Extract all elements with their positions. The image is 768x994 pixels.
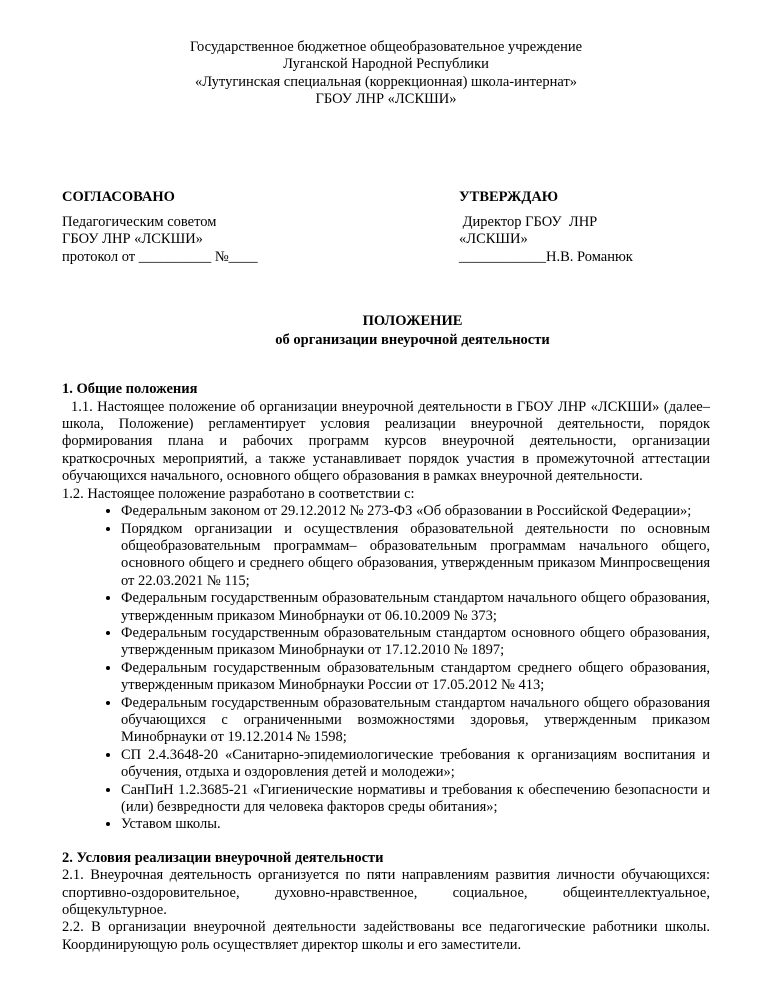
document-title: ПОЛОЖЕНИЕ об организации внеурочной деят…: [115, 312, 710, 350]
agreed-body-line: Педагогическим советом: [62, 214, 258, 231]
list-item: Порядком организации и осуществления обр…: [121, 521, 710, 591]
header-school-name: «Лутугинская специальная (коррекционная)…: [62, 74, 710, 91]
approval-block: СОГЛАСОВАНО Педагогическим советом ГБОУ …: [62, 189, 710, 267]
paragraph-1-2: 1.2. Настоящее положение разработано в с…: [62, 486, 710, 503]
paragraph-2-1: 2.1. Внеурочная деятельность организуетс…: [62, 867, 710, 919]
legal-basis-list: Федеральным законом от 29.12.2012 № 273-…: [62, 503, 710, 834]
approved-director-line: Директор ГБОУ ЛНР: [459, 214, 710, 231]
list-item: Федеральным государственным образователь…: [121, 590, 710, 625]
approval-agreed-column: СОГЛАСОВАНО Педагогическим советом ГБОУ …: [62, 189, 258, 267]
paragraph-2-2: 2.2. В организации внеурочной деятельнос…: [62, 919, 710, 954]
list-item: Федеральным государственным образователь…: [121, 695, 710, 747]
section-2-heading: 2. Условия реализации внеурочной деятель…: [62, 850, 710, 867]
list-item: Федеральным государственным образователь…: [121, 625, 710, 660]
agreed-body-line: ГБОУ ЛНР «ЛСКШИ»: [62, 231, 258, 248]
section-implementation-conditions: 2. Условия реализации внеурочной деятель…: [62, 850, 710, 954]
document-title-main: ПОЛОЖЕНИЕ: [115, 312, 710, 331]
agreed-protocol-line: протокол от __________ №____: [62, 249, 258, 266]
list-item: Уставом школы.: [121, 816, 710, 833]
header-institution-type: Государственное бюджетное общеобразовате…: [62, 39, 710, 56]
approved-signature-line: ____________Н.В. Романюк: [459, 249, 710, 266]
list-item: Федеральным законом от 29.12.2012 № 273-…: [121, 503, 710, 520]
document-title-sub: об организации внеурочной деятельности: [115, 331, 710, 350]
document-page: Государственное бюджетное общеобразовате…: [0, 0, 768, 994]
approved-title: УТВЕРЖДАЮ: [459, 189, 710, 206]
approval-approved-column: УТВЕРЖДАЮ Директор ГБОУ ЛНР «ЛСКШИ» ____…: [459, 189, 710, 267]
approved-school-line: «ЛСКШИ»: [459, 231, 710, 248]
header-republic: Луганской Народной Республики: [62, 56, 710, 73]
list-item: СП 2.4.3648-20 «Санитарно-эпидемиологиче…: [121, 747, 710, 782]
header-school-abbr: ГБОУ ЛНР «ЛСКШИ»: [62, 91, 710, 108]
section-1-heading: 1. Общие положения: [62, 381, 710, 398]
paragraph-1-1: 1.1. Настоящее положение об организации …: [62, 399, 710, 486]
section-general-provisions: 1. Общие положения 1.1. Настоящее положе…: [62, 381, 710, 834]
agreed-title: СОГЛАСОВАНО: [62, 189, 258, 206]
list-item: Федеральным государственным образователь…: [121, 660, 710, 695]
list-item: СанПиН 1.2.3685-21 «Гигиенические нормат…: [121, 782, 710, 817]
document-header: Государственное бюджетное общеобразовате…: [62, 39, 710, 109]
